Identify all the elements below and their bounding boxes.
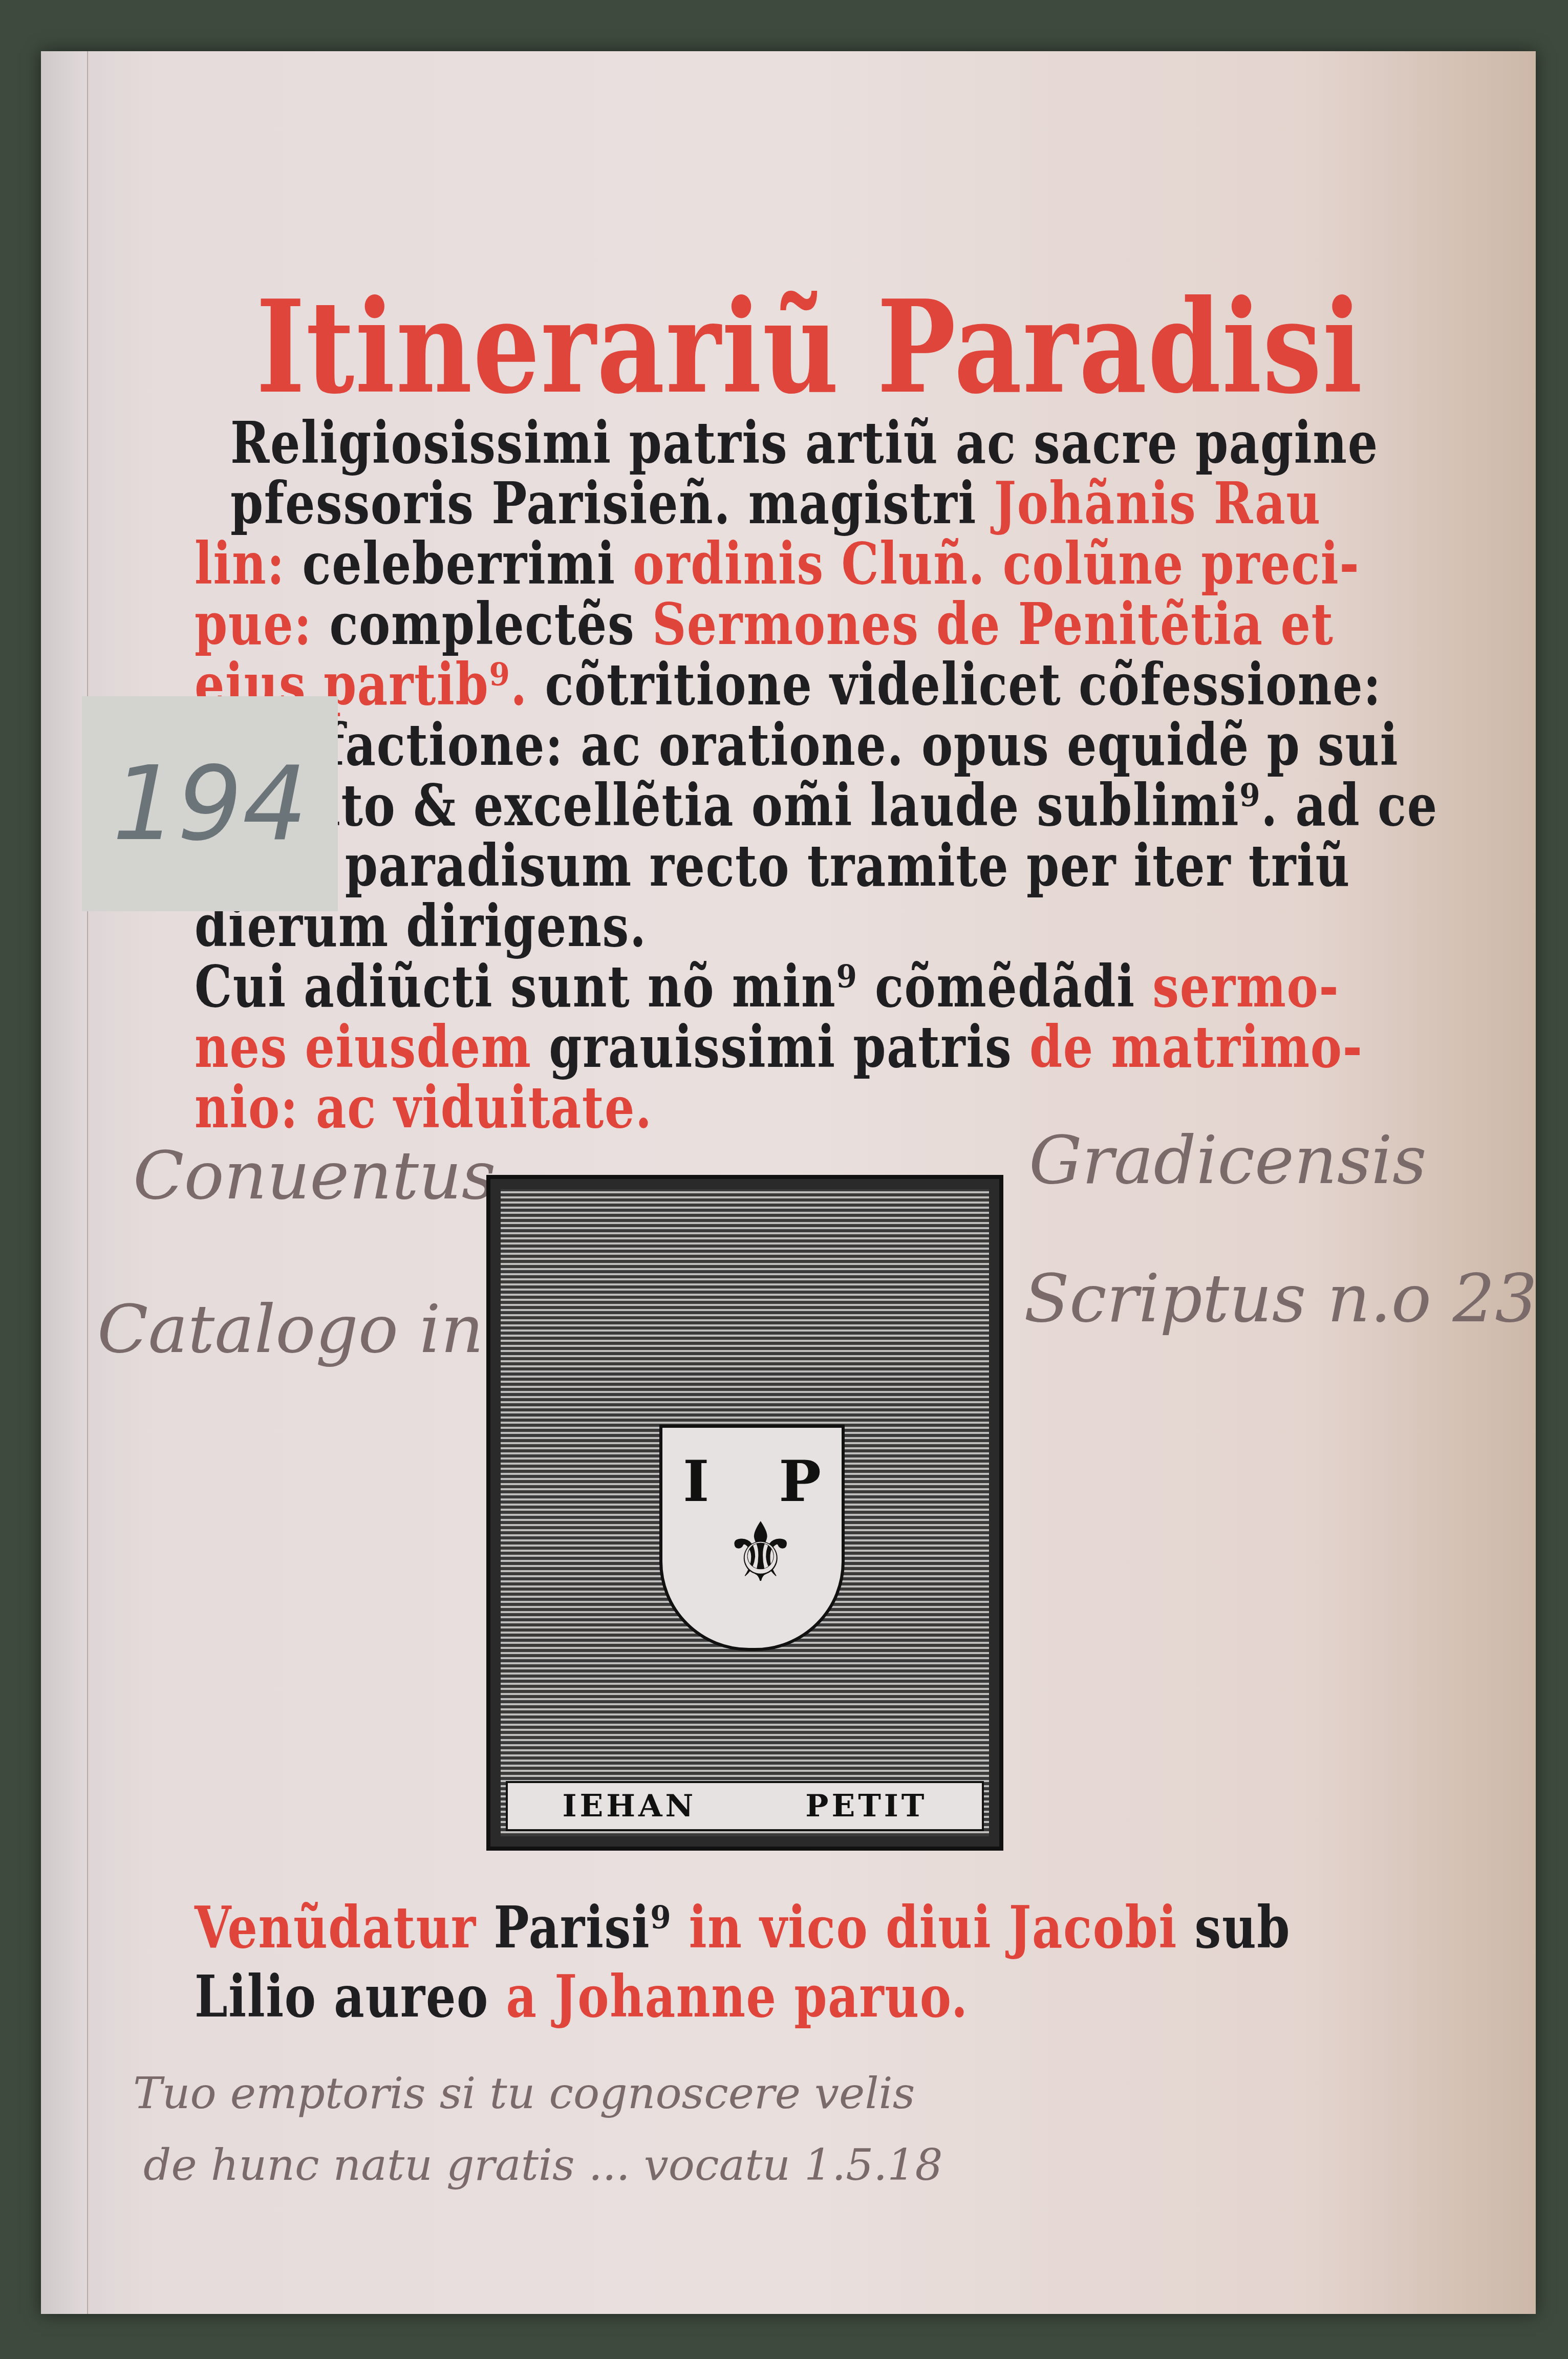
handwritten-note-bottom-1: Tuo emptoris si tu cognoscere velis	[133, 2068, 915, 2119]
text-line: Venũdatur Parisi⁹ in vico diui Jacobi su…	[195, 1894, 1291, 1961]
text-segment: Venũdatur	[195, 1894, 493, 1961]
text-segment: celeberrimi	[303, 530, 633, 597]
text-line: pfessoris Parisieñ. magistri Johãnis Rau	[230, 470, 1321, 537]
text-segment: sfactione: ac oratione. opus equidẽ p su…	[297, 712, 1399, 779]
shelf-label: 194	[82, 696, 338, 911]
banner-right: PETIT	[805, 1788, 927, 1824]
text-segment: sub	[1195, 1894, 1291, 1961]
text-segment: Lilio aureo	[195, 1963, 506, 2030]
text-line: lin: celeberrimi ordinis Cluñ. colũne pr…	[195, 530, 1360, 597]
book-spine	[41, 51, 88, 2314]
handwritten-note-bottom-2: de hunc natu gratis ... vocatu 1.5.18	[143, 2140, 942, 2191]
text-line: nes eiusdem grauissimi patris de matrimo…	[195, 1014, 1363, 1081]
text-line: Religiosissimi patris artiũ ac sacre pag…	[230, 410, 1379, 477]
text-segment: grauissimi patris	[549, 1014, 1029, 1081]
text-line: nio: ac viduitate.	[195, 1074, 653, 1141]
banner-left: IEHAN	[562, 1788, 696, 1824]
text-line: Lilio aureo a Johanne paruo.	[195, 1963, 969, 2030]
text-segment: sermo-	[1152, 953, 1339, 1020]
text-line: eius partib⁹. cõtritione videlicet cõfes…	[195, 651, 1382, 718]
initial-left: I	[683, 1448, 709, 1514]
printer-name-banner: IEHAN PETIT	[506, 1781, 984, 1831]
title-page: Itinerariũ Paradisi Religiosissimi patri…	[41, 51, 1536, 2314]
text-line: pue: complectẽs Sermones de Penitẽtia et	[195, 591, 1334, 658]
text-segment: complectẽs	[330, 591, 652, 658]
text-segment: rito & excellẽtia om̃i laude sublimi⁹. a…	[297, 772, 1438, 839]
text-segment: in vico diui Jacobi	[689, 1894, 1195, 1961]
text-line: ẽ paradisum recto tramite per iter triũ	[297, 832, 1350, 899]
text-segment: Cui adiũcti sunt nõ min⁹ cõmẽdãdi	[195, 953, 1152, 1020]
text-segment: nio: ac viduitate.	[195, 1074, 653, 1141]
handwritten-note-conventus: Conuentus	[133, 1136, 496, 1214]
text-segment: pue:	[195, 591, 330, 658]
text-segment: Johãnis Rau	[994, 470, 1321, 537]
book-title: Itinerariũ Paradisi	[256, 271, 1363, 422]
text-segment: Parisi⁹	[493, 1894, 689, 1961]
shelf-number: 194	[112, 744, 308, 864]
heraldic-shield-icon: I P ⚜	[659, 1425, 845, 1651]
handwritten-note-scriptus: Scriptus n.o 23	[1024, 1259, 1537, 1337]
text-line: rito & excellẽtia om̃i laude sublimi⁹. a…	[297, 772, 1438, 839]
text-segment: lin:	[195, 530, 303, 597]
text-segment: cõtritione videlicet cõfessione:	[545, 651, 1382, 718]
text-segment: Sermones de Penitẽtia et	[652, 591, 1334, 658]
fleur-de-lis-icon: ⚜	[724, 1505, 797, 1600]
text-line: sfactione: ac oratione. opus equidẽ p su…	[297, 712, 1399, 779]
text-segment: a Johanne paruo.	[506, 1963, 968, 2030]
handwritten-note-gradicensis: Gradicensis	[1029, 1121, 1427, 1199]
text-segment: de matrimo-	[1029, 1014, 1363, 1081]
handwritten-note-catalogo: Catalogo in	[97, 1290, 484, 1368]
text-line: Cui adiũcti sunt nõ min⁹ cõmẽdãdi sermo-	[195, 953, 1339, 1020]
text-segment: pfessoris Parisieñ. magistri	[230, 470, 994, 537]
text-segment: ordinis Cluñ. colũne preci-	[633, 530, 1360, 597]
printer-mark-woodcut: I P ⚜ IEHAN PETIT	[486, 1175, 1003, 1851]
text-segment: nes eiusdem	[195, 1014, 549, 1081]
text-segment: Religiosissimi patris artiũ ac sacre pag…	[230, 410, 1379, 477]
text-segment: ẽ paradisum recto tramite per iter triũ	[297, 832, 1350, 899]
